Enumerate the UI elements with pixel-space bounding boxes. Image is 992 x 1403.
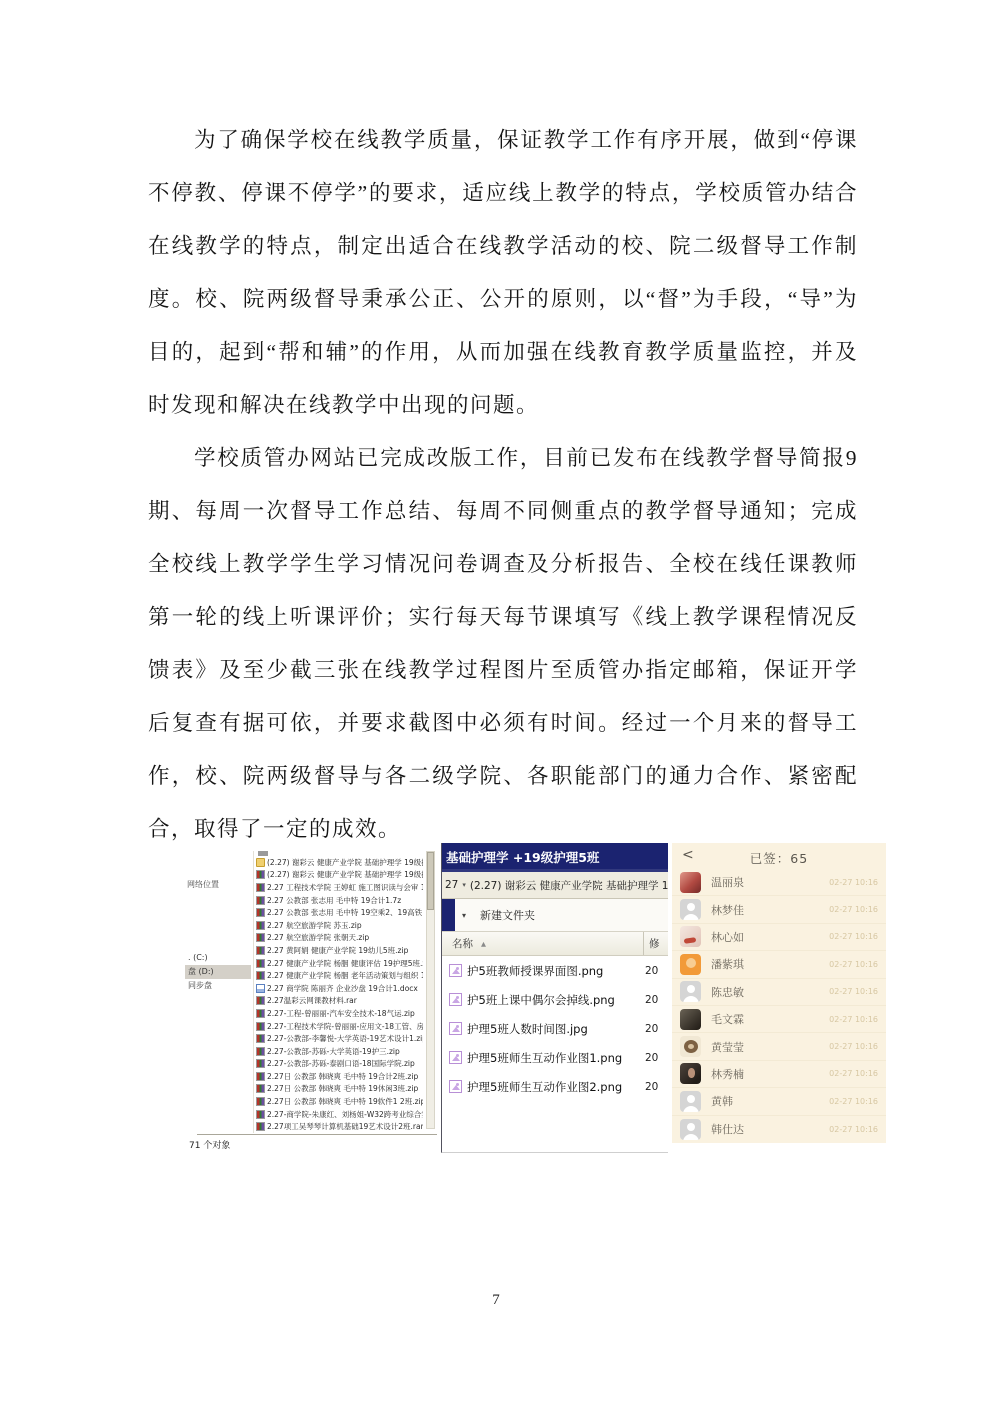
image-file-icon: [449, 1022, 462, 1035]
zip-icon: [256, 896, 265, 905]
zip-icon: [256, 1110, 265, 1119]
column-modified[interactable]: 修: [643, 932, 668, 955]
signin-row[interactable]: 林梦佳02-27 10:16: [672, 896, 886, 923]
signin-row[interactable]: 黄莹莹02-27 10:16: [672, 1033, 886, 1060]
address-bar[interactable]: 27 ▾ (2.27) 谢彩云 健康产业学院 基础护理学 19级护: [442, 872, 668, 899]
signin-title: 已签：65: [672, 849, 886, 867]
file-row[interactable]: 2.27 黄阿娟 健康产业学院 19幼儿5班.zip: [256, 944, 423, 957]
sidebar-label: 网络位置: [187, 879, 219, 890]
zip-icon: [256, 971, 265, 980]
file-row[interactable]: 2.27日 公教部 韩晓爽 毛中特 19合计2班.zip: [256, 1070, 423, 1083]
file-date: 20: [645, 1081, 668, 1093]
signin-row[interactable]: 陈忠敏02-27 10:16: [672, 979, 886, 1006]
doc-icon: [256, 984, 265, 993]
scrollbar[interactable]: [426, 851, 435, 1129]
toolbar: ▾ 新建文件夹: [442, 899, 668, 932]
zip-icon: [256, 1072, 265, 1081]
file-row[interactable]: 2.27-工程技术学院-曾丽丽-应用文-18工管、房地产估价-...: [256, 1020, 423, 1033]
image-file-icon: [449, 1051, 462, 1064]
image-file-icon: [449, 993, 462, 1006]
column-name[interactable]: 名称 ▲: [442, 936, 643, 951]
zip-icon: [256, 933, 265, 942]
file-row[interactable]: 2.27-公教部-苏砾-泰剧口语-18国际学院.zip: [256, 1058, 423, 1071]
screenshot-signin-list: < 已签：65 温丽泉02-27 10:16 林梦佳02-27 10:16 林心…: [672, 843, 886, 1143]
file-row[interactable]: (2.27) 谢彩云 健康产业学院 基础护理学 19级护理5班: [256, 856, 423, 869]
screenshot-file-list: 网络位置 . (C:) 盘 (D:) 同步盘 (2.27) 谢彩云 健康产业学院…: [185, 845, 437, 1161]
zip-icon: [256, 959, 265, 968]
avatar: [680, 872, 701, 893]
explorer-sidebar: 网络位置 . (C:) 盘 (D:) 同步盘: [185, 845, 251, 1129]
drive-d-selected[interactable]: 盘 (D:): [185, 965, 251, 979]
signin-row[interactable]: 黄韩02-27 10:16: [672, 1088, 886, 1115]
file-row[interactable]: 2.27项工吴琴琴计算机基础19艺术设计2班.rar: [256, 1120, 423, 1133]
file-row[interactable]: 护5班上课中偶尔会掉线.png20: [442, 985, 668, 1014]
address-prefix: 27: [445, 879, 458, 891]
caret-icon: ▾: [462, 911, 466, 920]
file-row[interactable]: 2.27-商学院-朱康红、刘杨姐-W32跨考业综合实训-软件3...: [256, 1108, 423, 1121]
zip-icon: [256, 921, 265, 930]
file-row[interactable]: 2.27 健康产业学院 杨胭 老年活动策划与组织 18老年服...: [256, 969, 423, 982]
zip-icon: [256, 908, 265, 917]
avatar: [680, 1009, 701, 1030]
body-text: 为了确保学校在线教学质量，保证教学工作有序开展，做到“停课不停教、停课不停学”的…: [148, 114, 858, 856]
sync-drive[interactable]: 同步盘: [185, 979, 251, 993]
avatar: [680, 926, 701, 947]
folder-icon: [256, 858, 265, 867]
column-headers: 名称 ▲ 修: [442, 932, 668, 956]
zip-icon: [256, 1009, 265, 1018]
new-folder-button[interactable]: 新建文件夹: [480, 907, 535, 923]
zip-icon: [256, 870, 265, 879]
zip-icon: [256, 996, 265, 1005]
object-count: 71 个对象: [189, 1138, 230, 1151]
dropdown-icon[interactable]: ▾: [462, 881, 466, 889]
avatar: [680, 1063, 701, 1084]
zip-icon: [256, 1122, 265, 1131]
signin-row[interactable]: 温丽泉02-27 10:16: [672, 869, 886, 896]
file-date: 20: [645, 994, 668, 1006]
signin-row[interactable]: 毛文霖02-27 10:16: [672, 1006, 886, 1033]
drive-list: . (C:) 盘 (D:) 同步盘: [185, 951, 251, 993]
file-list: (2.27) 谢彩云 健康产业学院 基础护理学 19级护理5班 (2.27) 谢…: [253, 851, 423, 1133]
file-row[interactable]: (2.27) 谢彩云 健康产业学院 基础护理学 19级护理5班...: [256, 869, 423, 882]
file-row[interactable]: 护5班教师授课界面图.png20: [442, 956, 668, 985]
zip-icon: [256, 1059, 265, 1068]
file-row[interactable]: 2.27-公教部-苏砾-大学英语-19护三.zip: [256, 1045, 423, 1058]
zip-icon: [256, 1022, 265, 1031]
file-row[interactable]: 2.27 健康产业学院 杨胭 健康评估 19护理5班.zip: [256, 957, 423, 970]
avatar: [680, 954, 701, 975]
file-row[interactable]: 2.27 商学院 陈丽齐 企业沙盘 19合计1.docx: [256, 982, 423, 995]
file-list: 护5班教师授课界面图.png20 护5班上课中偶尔会掉线.png20 护理5班人…: [442, 956, 668, 1101]
file-date: 20: [645, 1052, 668, 1064]
window-title-bar: 基础护理学 +19级护理5班: [442, 843, 668, 872]
avatar: [680, 1119, 701, 1140]
toolbar-dark-block: [442, 899, 455, 931]
avatar: [680, 981, 701, 1002]
signin-row[interactable]: 林秀楠02-27 10:16: [672, 1061, 886, 1088]
signin-row[interactable]: 潘紫琪02-27 10:16: [672, 951, 886, 978]
zip-icon: [256, 946, 265, 955]
file-row[interactable]: 2.27 公教部 张志用 毛中特 19空乘2、19高铁 7z: [256, 906, 423, 919]
signin-row[interactable]: 韩仕达02-27 10:16: [672, 1116, 886, 1143]
signin-row[interactable]: 林心如02-27 10:16: [672, 924, 886, 951]
scrollbar-thumb[interactable]: [427, 852, 434, 910]
paragraph-2: 学校质管办网站已完成改版工作，目前已发布在线教学督导简报9期、每周一次督导工作总…: [148, 432, 858, 856]
sort-asc-icon: ▲: [481, 940, 486, 948]
zip-icon: [256, 1047, 265, 1056]
zip-icon: [256, 1034, 265, 1043]
paragraph-1: 为了确保学校在线教学质量，保证教学工作有序开展，做到“停课不停教、停课不停学”的…: [148, 114, 858, 432]
page-number: 7: [0, 1292, 992, 1309]
file-row[interactable]: 护理5班人数时间图.jpg20: [442, 1014, 668, 1043]
avatar: [680, 1036, 701, 1057]
file-row[interactable]: 2.27 工程技术学院 王婷虹 施工图识读与会审 18建筑工...: [256, 881, 423, 894]
file-row[interactable]: 2.27日 公教部 韩晓爽 毛中特 19休闲3班.zip: [256, 1083, 423, 1096]
file-date: 20: [645, 965, 668, 977]
file-row[interactable]: 2.27 公教部 张志用 毛中特 19合计1.7z: [256, 894, 423, 907]
drive-c[interactable]: . (C:): [185, 951, 251, 965]
image-file-icon: [449, 964, 462, 977]
document-page: 为了确保学校在线教学质量，保证教学工作有序开展，做到“停课不停教、停课不停学”的…: [0, 0, 992, 1403]
zip-icon: [256, 883, 265, 892]
file-row[interactable]: 2.27 航空旅游学院 苏玉.zip: [256, 919, 423, 932]
file-row[interactable]: 2.27-公教部-李馨悦-大学英语-19艺术设计1.zip: [256, 1032, 423, 1045]
file-date: 20: [645, 1023, 668, 1035]
avatar: [680, 899, 701, 920]
zip-icon: [256, 1097, 265, 1106]
file-row[interactable]: 护理5班师生互动作业图2.png20: [442, 1072, 668, 1101]
file-row[interactable]: 2.27温彩云网课教材料.rar: [256, 995, 423, 1008]
address-path: (2.27) 谢彩云 健康产业学院 基础护理学 19级护: [470, 878, 668, 893]
image-file-icon: [449, 1080, 462, 1093]
signin-header: < 已签：65: [672, 843, 886, 869]
file-row[interactable]: 2.27 航空旅游学院 张朝天.zip: [256, 932, 423, 945]
status-divider: [197, 1134, 437, 1135]
file-row[interactable]: 护理5班师生互动作业图1.png20: [442, 1043, 668, 1072]
screenshot-explorer-window: 基础护理学 +19级护理5班 27 ▾ (2.27) 谢彩云 健康产业学院 基础…: [441, 843, 668, 1153]
file-row[interactable]: 2.27日 公教部 韩晓爽 毛中特 19软件1 2班.zip: [256, 1095, 423, 1108]
zip-icon: [256, 1084, 265, 1093]
avatar: [680, 1091, 701, 1112]
file-row[interactable]: 2.27-工程-曾丽丽-汽车安全技术-18气运.zip: [256, 1007, 423, 1020]
